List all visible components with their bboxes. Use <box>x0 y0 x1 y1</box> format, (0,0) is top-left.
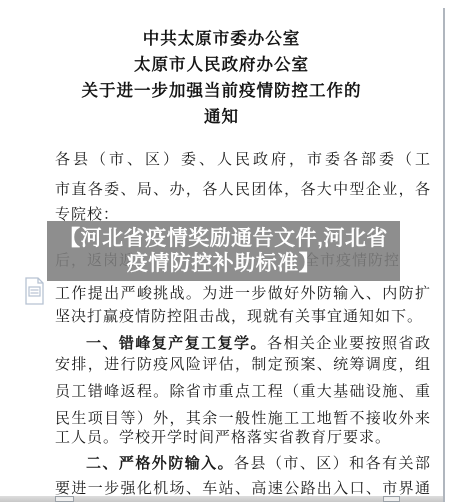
title-line-3: 关于进一步加强当前疫情防控工作的 <box>0 78 443 104</box>
document-title: 中共太原市委办公室 太原市人民政府办公室 关于进一步加强当前疫情防控工作的 通知 <box>0 26 443 130</box>
document-line-9: 民生项目等）外，其余一般性施工工地暂不接收外来务 <box>55 407 431 428</box>
section-heading: 一、错峰复产复工复学。 <box>86 336 267 352</box>
document-page: 中共太原市委办公室 太原市人民政府办公室 关于进一步加强当前疫情防控工作的 通知… <box>0 0 453 502</box>
document-line-11: 二、严格外防输入。各县（市、区）和各有关部门 <box>55 452 431 473</box>
document-line-8: 员工错峰返程。除省市重点工程（重大基础设施、重点 <box>55 380 431 401</box>
title-line-4: 通知 <box>0 104 443 130</box>
document-line-10: 工人员。学校开学时间严格落实省教育厅要求。 <box>55 426 431 447</box>
caption-overlay: 【河北省疫情奖励通告文件,河北省 疫情防控补助标准】 <box>47 221 400 281</box>
section-heading: 二、严格外防输入。 <box>86 456 234 472</box>
caption-line-2: 疫情防控补助标准】 <box>47 251 400 276</box>
page-border-line <box>443 8 445 502</box>
document-line-2: 市直各委、局、办，各人民团体，各大中型企业，各大 <box>55 178 431 199</box>
document-line-12: 要进一步强化机场、车站、高速公路出入口、市界通道 <box>55 477 431 498</box>
horizontal-scrollbar[interactable] <box>0 496 443 502</box>
scrollbar-thumb-right[interactable] <box>383 496 400 502</box>
scrollbar-thumb-left[interactable] <box>55 496 74 502</box>
document-line-7: 安排，进行防疫风险评估，制定预案、统筹调度，组织 <box>55 353 431 374</box>
title-line-1: 中共太原市委办公室 <box>0 26 443 52</box>
document-placeholder-icon <box>24 277 45 310</box>
document-line-6: 一、错峰复产复工复学。各相关企业要按照省政府 <box>55 332 431 353</box>
document-line-1: 各县（市、区）委、人民政府，市委各部委（工委）， <box>55 148 431 169</box>
document-line-5: 坚决打赢疫情防控阻击战，现就有关事宜通知如下。 <box>55 305 431 326</box>
document-line-4: 工作提出严峻挑战。为进一步做好外防输入、内防扩散， <box>55 282 431 303</box>
title-line-2: 太原市人民政府办公室 <box>0 52 443 78</box>
caption-line-1: 【河北省疫情奖励通告文件,河北省 <box>47 226 400 251</box>
